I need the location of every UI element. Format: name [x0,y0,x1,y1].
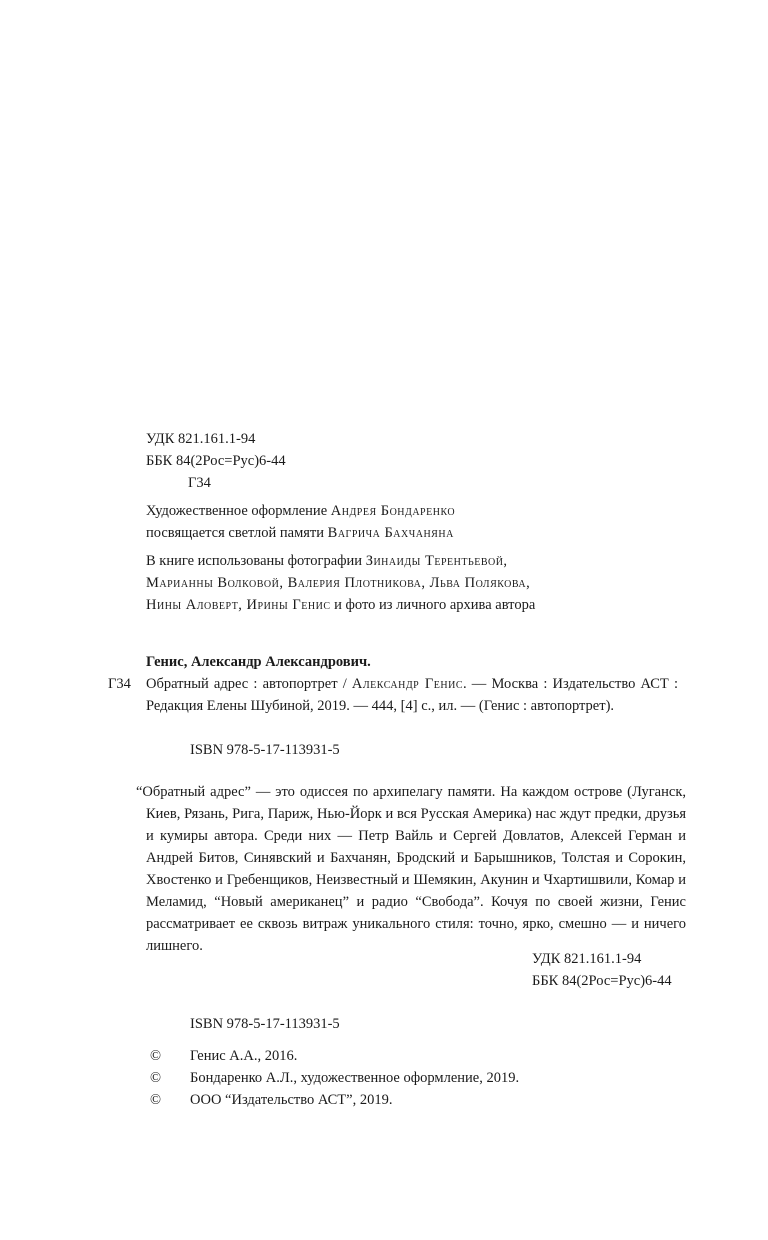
udk-code: УДК 821.161.1-94 [146,428,286,450]
copyright-icon: © [150,1045,190,1067]
isbn-bottom: ISBN 978-5-17-113931-5 [190,1013,340,1035]
bibliographic-description: Обратный адрес : автопортрет / Александр… [146,673,678,717]
dedication: посвящается светлой памяти Вагрича Бахча… [146,522,455,544]
isbn-top: ISBN 978-5-17-113931-5 [190,739,340,761]
bbk-code: ББК 84(2Рос=Рус)6-44 [146,450,286,472]
copyright-item: © Бондаренко А.Л., художественное оформл… [150,1067,519,1089]
catalog-block: УДК 821.161.1-94 ББК 84(2Рос=Рус)6-44 Г3… [146,428,286,494]
photo-credits: В книге использованы фотографии Зинаиды … [146,550,535,616]
author-heading: Генис, Александр Александрович. [108,651,688,673]
bibliographic-record: Генис, Александр Александрович. Г34 Обра… [108,651,688,717]
credits-block: Художественное оформление Андрея Бондаре… [146,500,455,544]
copyright-list: © Генис А.А., 2016. © Бондаренко А.Л., х… [150,1045,519,1111]
copyright-icon: © [150,1067,190,1089]
author-sign: Г34 [146,472,286,494]
design-credit: Художественное оформление Андрея Бондаре… [146,500,455,522]
annotation: “Обратный адрес” — это одиссея по архипе… [146,781,686,957]
author-sign-code: Г34 [108,673,146,717]
designer-name: Андрея Бондаренко [331,503,455,519]
classification-bottom: УДК 821.161.1-94 ББК 84(2Рос=Рус)6-44 [532,948,672,992]
dedicatee-name: Вагрича Бахчаняна [328,525,454,541]
copyright-item: © ООО “Издательство АСТ”, 2019. [150,1089,519,1111]
copyright-icon: © [150,1089,190,1111]
copyright-item: © Генис А.А., 2016. [150,1045,519,1067]
